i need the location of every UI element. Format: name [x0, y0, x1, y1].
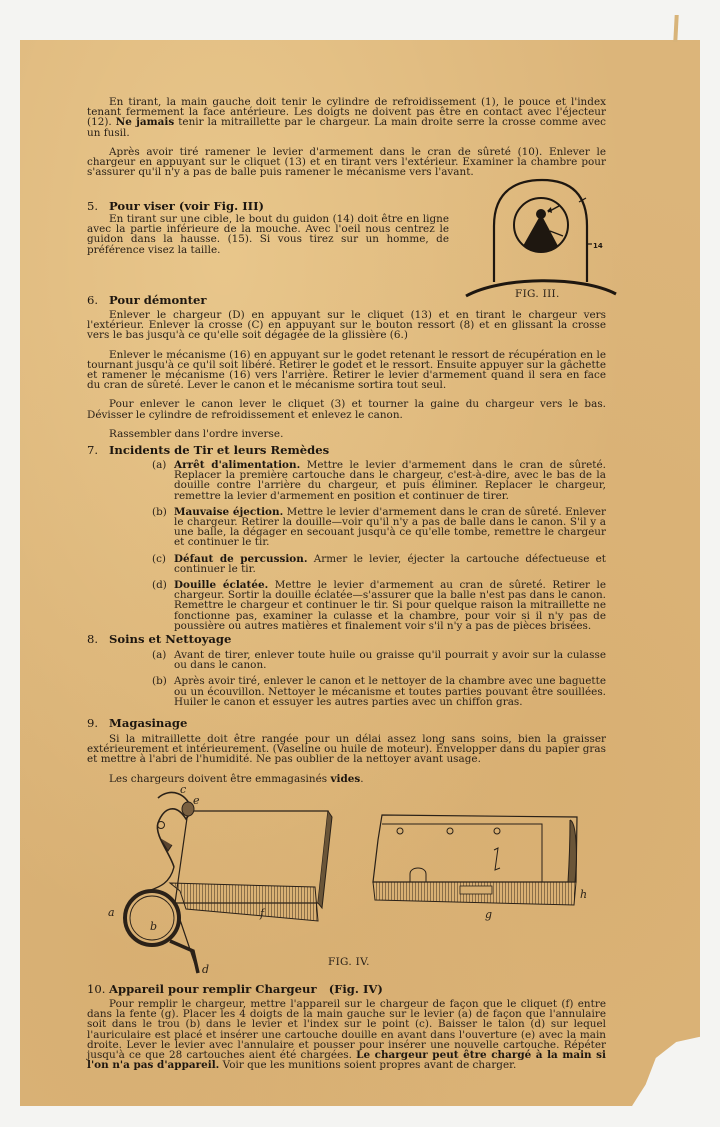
section-10-heading: 10.Appareil pour remplir Chargeur (Fig. … — [87, 982, 383, 996]
paper-tear-tab — [673, 15, 678, 42]
care-item-b: (b)Après avoir tiré, enlever le canon et… — [152, 676, 606, 707]
section-7-list: (a)Arrêt d'alimentation. Mettre le levie… — [152, 460, 606, 631]
section-8-heading: 8.Soins et Nettoyage — [87, 632, 231, 646]
care-item-a: (a)Avant de tirer, enlever toute huile o… — [152, 650, 606, 670]
intro-paragraph-1: En tirant, la main gauche doit tenir le … — [87, 97, 606, 138]
fig-iii-label: FIG. III. — [515, 288, 560, 300]
fig-iv-letter-h: h — [580, 888, 587, 901]
incident-item-b: (b)Mauvaise éjection. Mettre le levier d… — [152, 507, 606, 548]
section-9-text: Si la mitraillette doit être rangée pour… — [87, 734, 606, 784]
fig-iv-letter-d: d — [202, 963, 209, 976]
fig-iv-loader-diagram: c e a b f d — [100, 783, 340, 978]
incident-item-a: (a)Arrêt d'alimentation. Mettre le levie… — [152, 460, 606, 501]
section-7-heading: 7.Incidents de Tir et leurs Remèdes — [87, 443, 329, 457]
fig-iv-letter-c: c — [180, 783, 186, 796]
section-5-heading: 5.Pour viser (voir Fig. III) — [87, 199, 264, 213]
intro-paragraph-2: Après avoir tiré ramener le levier d'arm… — [87, 147, 606, 178]
intro-text: En tirant, la main gauche doit tenir le … — [87, 97, 606, 177]
fig-iv-letter-a: a — [108, 906, 115, 919]
section-8-list: (a)Avant de tirer, enlever toute huile o… — [152, 650, 606, 707]
fig-iv-magazine-diagram: g h — [370, 810, 600, 920]
section-5-text: En tirant sur une cible, le bout du guid… — [87, 214, 449, 255]
fig-iv-label: FIG. IV. — [328, 956, 370, 968]
fig-iii-sight-diagram: 14 — [462, 178, 622, 298]
section-6-text: Enlever le chargeur (D) en appuyant sur … — [87, 310, 606, 439]
fig-iv-letter-g: g — [485, 908, 492, 921]
fig-iii-callout-14: 14 — [593, 242, 603, 250]
incident-item-d: (d)Douille éclatée. Mettre le levier d'a… — [152, 580, 606, 631]
section-10-text: Pour remplir le chargeur, mettre l'appar… — [87, 999, 606, 1070]
section-9-heading: 9.Magasinage — [87, 716, 187, 730]
fig-iv-letter-e: e — [193, 794, 200, 807]
fig-iv-letter-b: b — [150, 920, 157, 933]
incident-item-c: (c)Défaut de percussion. Armer le levier… — [152, 554, 606, 574]
section-6-heading: 6.Pour démonter — [87, 293, 206, 307]
